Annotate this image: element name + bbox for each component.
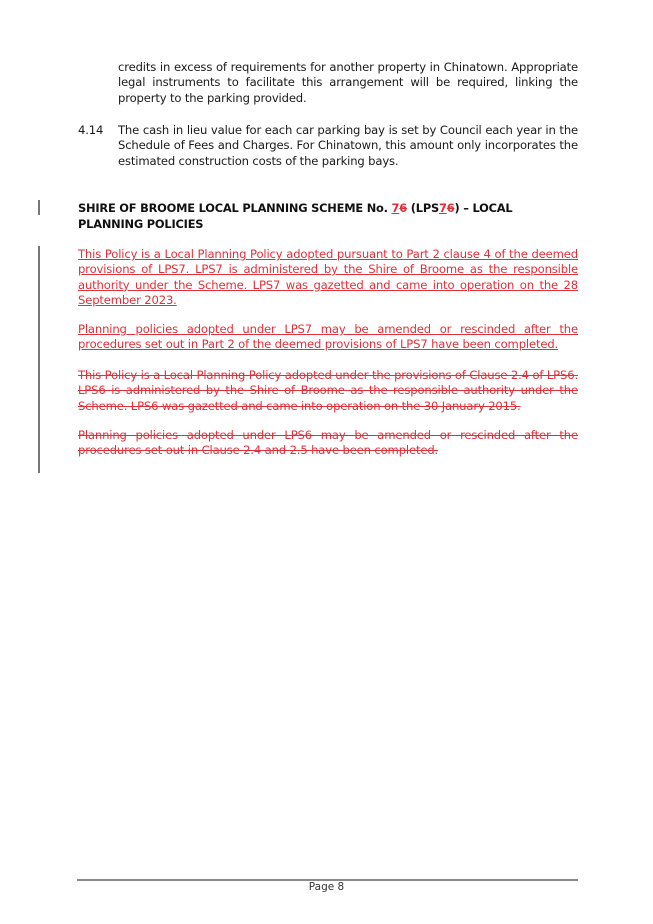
clause-text: The cash in lieu value for each car park… [118,123,578,169]
inserted-text: 7 [439,201,447,215]
inserted-paragraph: Planning policies adopted under LPS7 may… [78,322,578,353]
document-page: credits in excess of requirements for an… [0,0,653,924]
clause-number: 4.14 [78,123,118,138]
change-bar [38,246,40,473]
deleted-paragraph: Planning policies adopted under LPS6 may… [78,428,578,459]
change-bar [38,200,40,215]
heading-text: (LPS [407,201,439,215]
deleted-text: 6 [399,201,407,215]
section-heading: SHIRE OF BROOME LOCAL PLANNING SCHEME No… [78,200,558,232]
heading-text: SHIRE OF BROOME LOCAL PLANNING SCHEME No… [78,201,392,215]
clause-4-14: 4.14 The cash in lieu value for each car… [78,123,578,169]
deleted-paragraph: This Policy is a Local Planning Policy a… [78,368,578,414]
page-number: Page 8 [0,881,653,893]
inserted-paragraph: This Policy is a Local Planning Policy a… [78,247,578,309]
continuation-paragraph: credits in excess of requirements for an… [118,60,578,106]
